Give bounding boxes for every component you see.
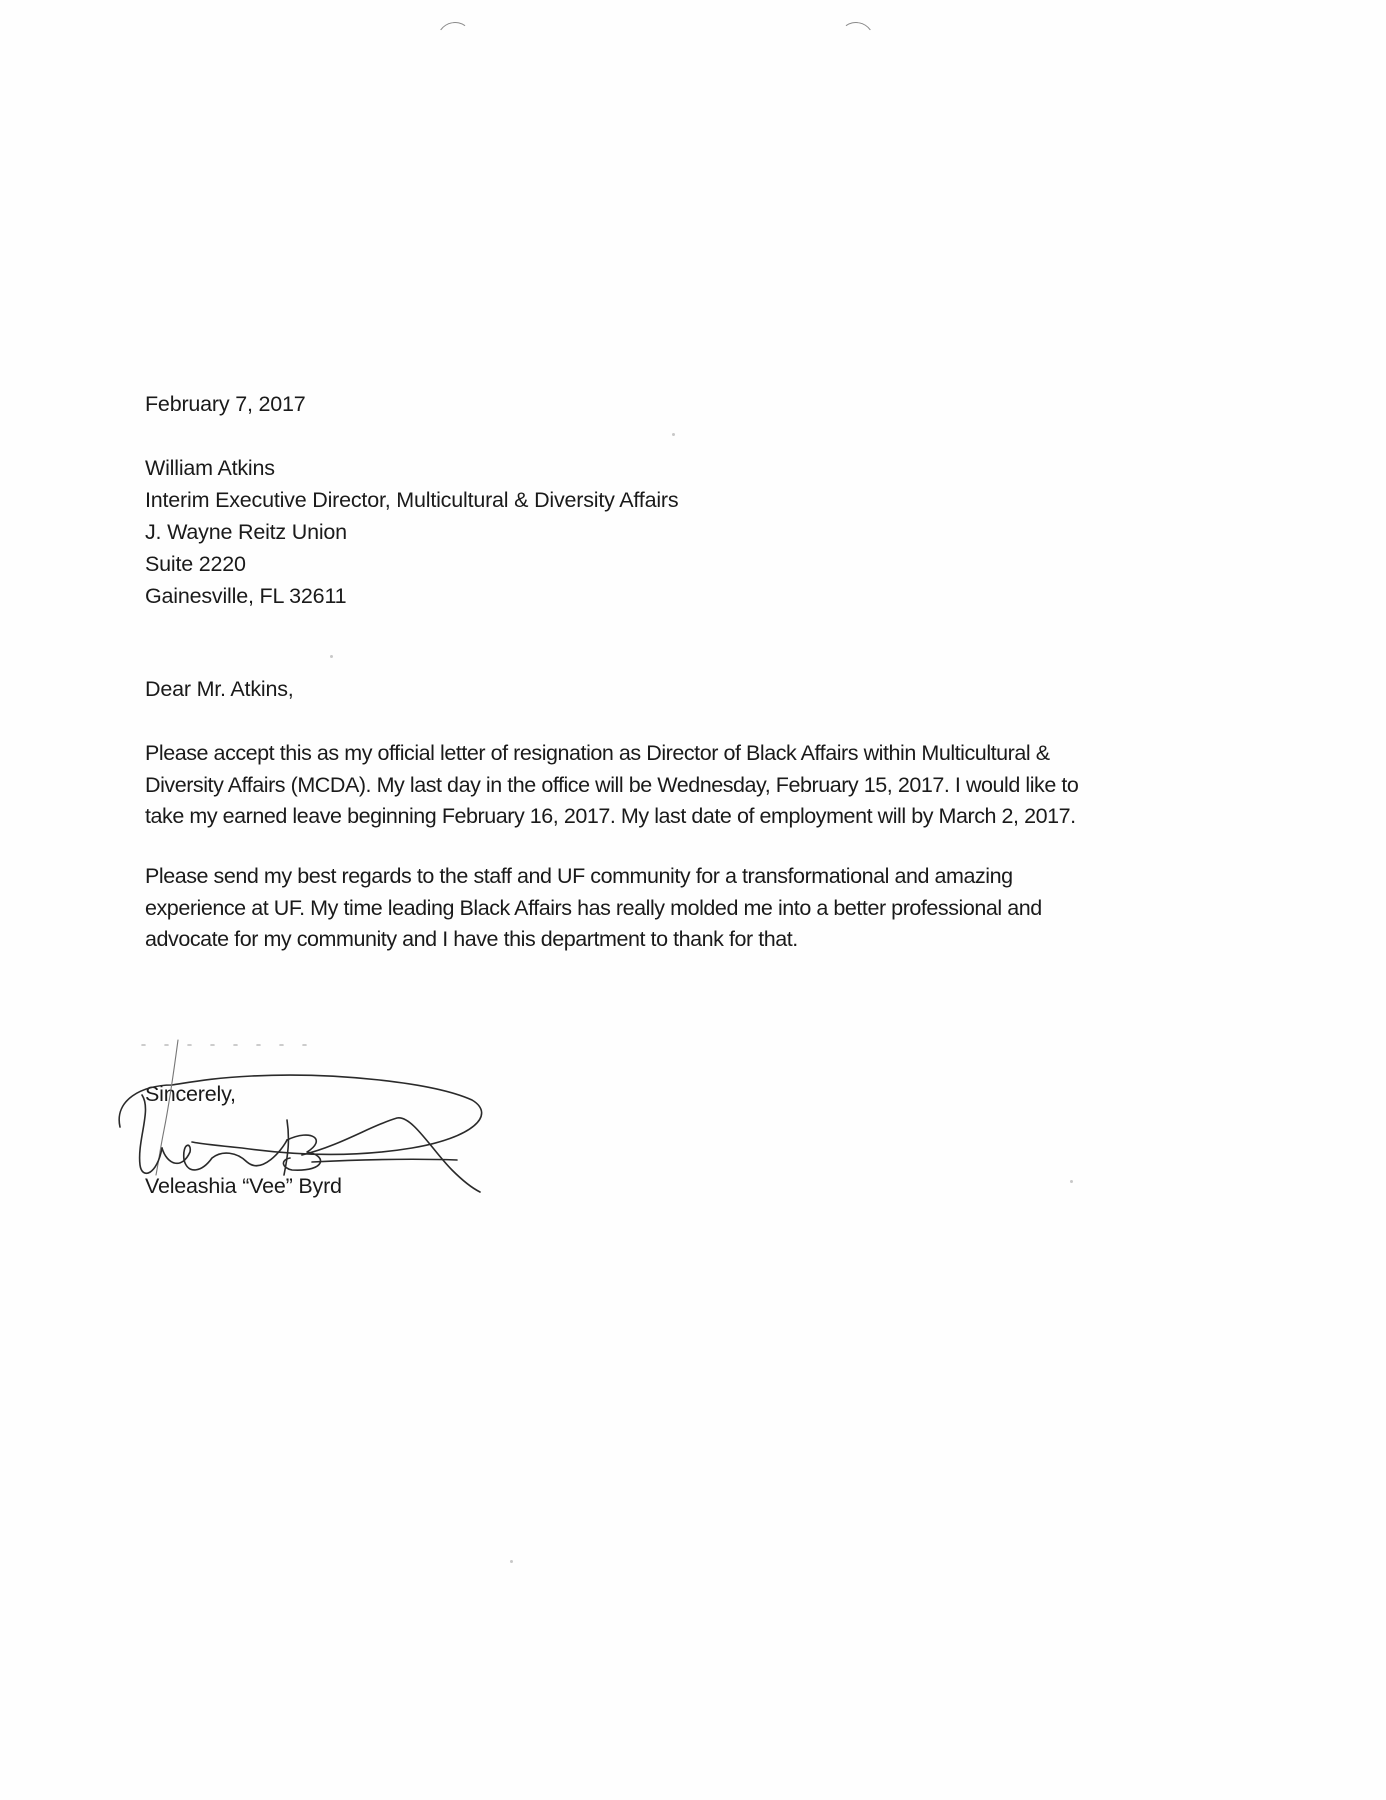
paragraph-line: Please send my best regards to the staff… <box>145 861 1255 893</box>
scan-speckle <box>330 655 333 658</box>
punch-hole-mark-right <box>835 19 877 61</box>
letter-date: February 7, 2017 <box>145 388 306 420</box>
paragraph-line: Please accept this as my official letter… <box>145 738 1255 770</box>
paragraph-line: Diversity Affairs (MCDA). My last day in… <box>145 770 1255 802</box>
scan-speckle <box>1070 1180 1073 1183</box>
recipient-suite: Suite 2220 <box>145 548 246 580</box>
recipient-city-state-zip: Gainesville, FL 32611 <box>145 580 346 612</box>
paragraph-line: take my earned leave beginning February … <box>145 801 1255 833</box>
scan-speckle <box>672 433 675 436</box>
letter-page: February 7, 2017 William Atkins Interim … <box>0 0 1386 1800</box>
recipient-name: William Atkins <box>145 452 275 484</box>
signer-name: Veleashia “Vee” Byrd <box>145 1170 342 1202</box>
body-paragraph-1: Please accept this as my official letter… <box>145 738 1255 833</box>
salutation: Dear Mr. Atkins, <box>145 673 294 705</box>
paragraph-line: advocate for my community and I have thi… <box>145 924 1255 956</box>
recipient-title: Interim Executive Director, Multicultura… <box>145 484 678 516</box>
recipient-building: J. Wayne Reitz Union <box>145 516 347 548</box>
paragraph-line: experience at UF. My time leading Black … <box>145 893 1255 925</box>
scan-speckle <box>510 1560 513 1563</box>
punch-hole-mark-left <box>434 19 476 61</box>
body-paragraph-2: Please send my best regards to the staff… <box>145 861 1255 956</box>
